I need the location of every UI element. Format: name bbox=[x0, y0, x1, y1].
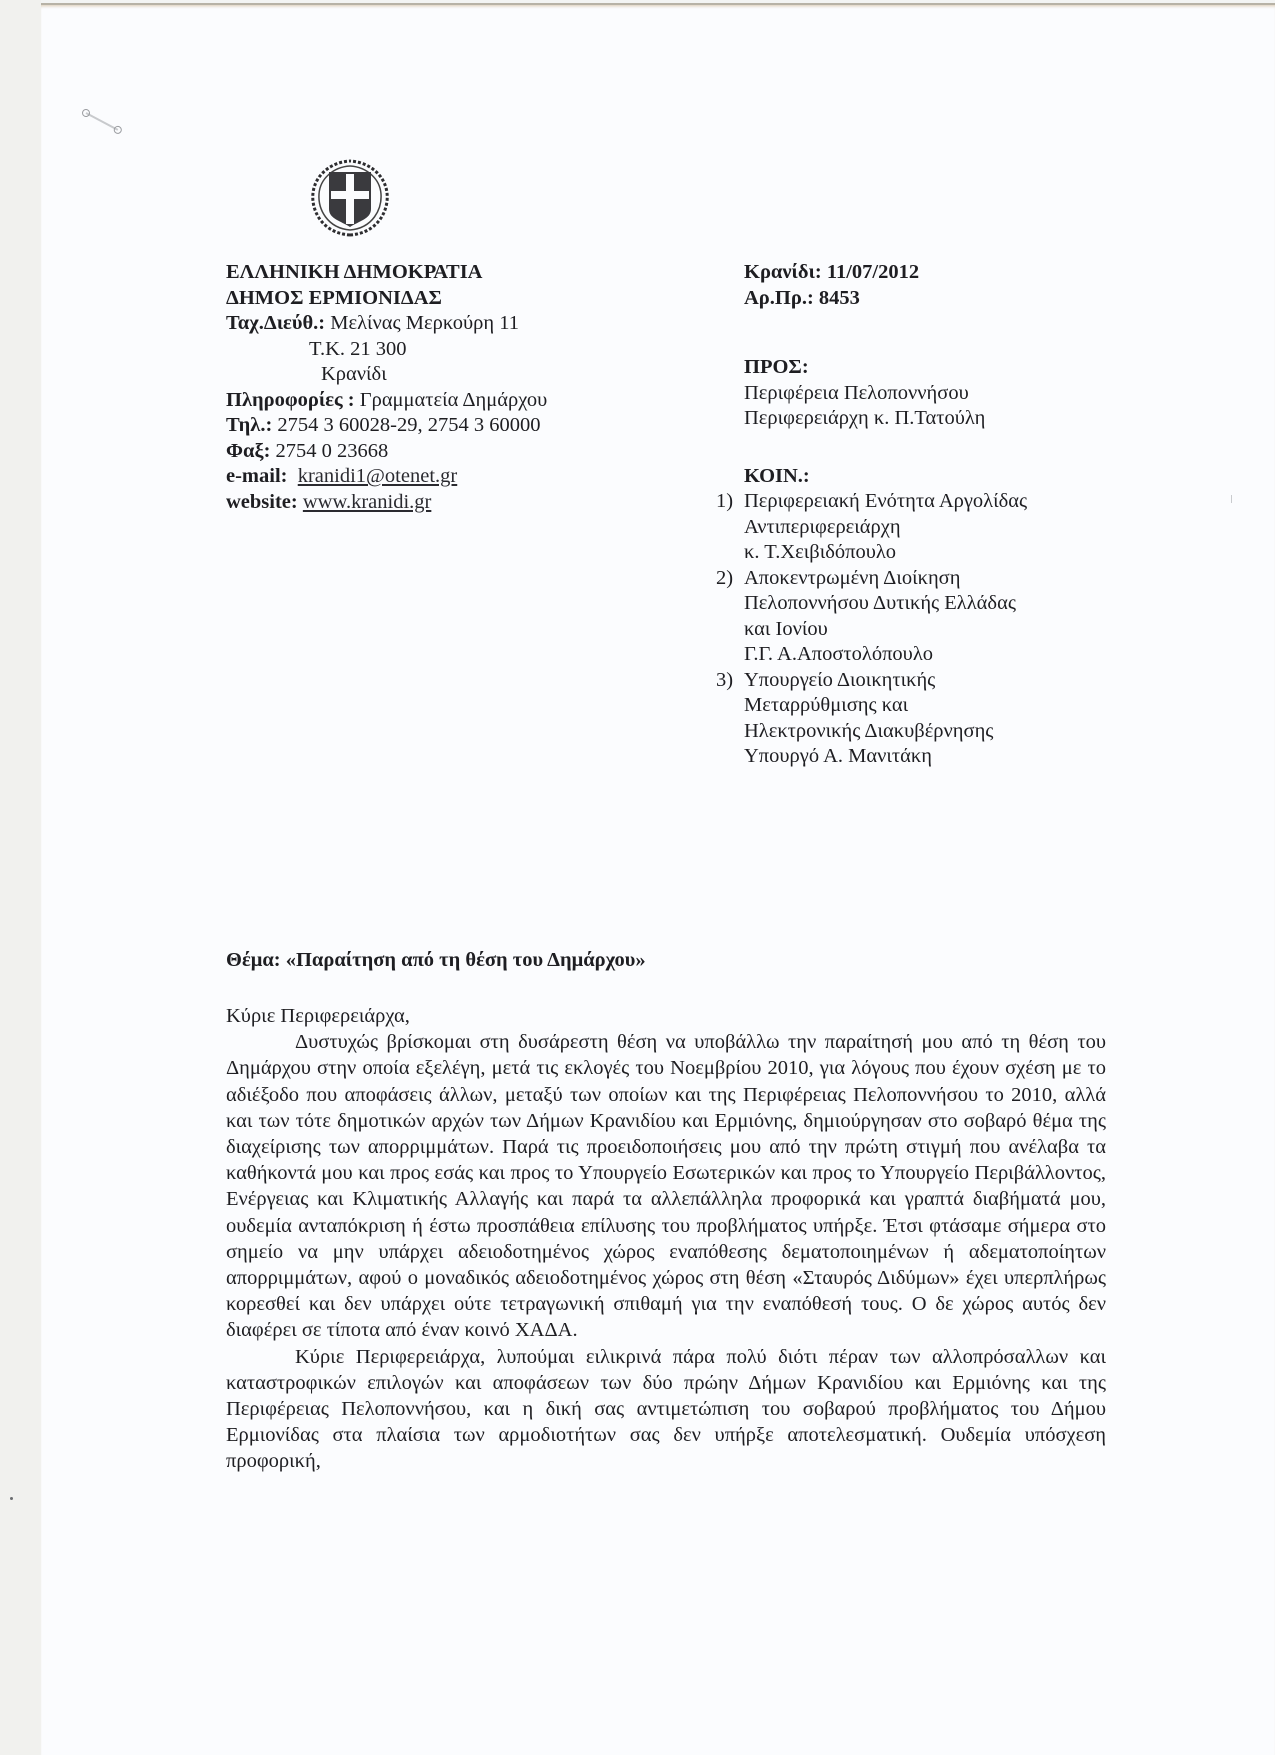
postal-code: Τ.Κ. 21 300 bbox=[226, 337, 646, 363]
fax-line: Φαξ: 2754 0 23668 bbox=[226, 439, 646, 465]
cc-item: 3)Υπουργείο ΔιοικητικήςΜεταρρύθμισης και… bbox=[716, 668, 1164, 770]
place-date: Κρανίδι: 11/07/2012 bbox=[744, 260, 1164, 286]
info-line: Πληροφορίες : Γραμματεία Δημάρχου bbox=[226, 388, 646, 414]
greek-coat-of-arms-icon bbox=[307, 157, 393, 239]
cc-item-number: 1) bbox=[716, 489, 744, 566]
cc-item-line: Περιφερειακή Ενότητα Αργολίδας bbox=[744, 489, 1027, 515]
cc-item-lines: Περιφερειακή Ενότητα ΑργολίδαςΑντιπεριφε… bbox=[744, 489, 1027, 566]
subject-line: Θέμα: «Παραίτηση από τη θέση του Δημάρχο… bbox=[226, 947, 1106, 973]
scan-margin bbox=[0, 0, 41, 1755]
cc-item-line: και Ιονίου bbox=[744, 617, 1016, 643]
recipient-line: Περιφερειάρχη κ. Π.Τατούλη bbox=[744, 406, 1164, 432]
paragraph: Δυστυχώς βρίσκομαι στη δυσάρεστη θέση να… bbox=[226, 1029, 1106, 1343]
country-name: ΕΛΛΗΝΙΚΗ ΔΗΜΟΚΡΑΤΙΑ bbox=[226, 260, 646, 286]
cc-item-line: Υπουργείο Διοικητικής bbox=[744, 668, 993, 694]
cc-item-number: 2) bbox=[716, 566, 744, 668]
protocol-number: Αρ.Πρ.: 8453 bbox=[744, 286, 1164, 312]
cc-item-line: Ηλεκτρονικής Διακυβέρνησης bbox=[744, 719, 993, 745]
website-link[interactable]: www.kranidi.gr bbox=[303, 491, 431, 513]
cc-item-line: Υπουργό Α. Μανιτάκη bbox=[744, 744, 993, 770]
cc-item-line: κ. Τ.Χειβιδόπουλο bbox=[744, 540, 1027, 566]
cc-item: 1)Περιφερειακή Ενότητα ΑργολίδαςΑντιπερι… bbox=[716, 489, 1164, 566]
city: Κρανίδι bbox=[226, 362, 646, 388]
paragraph: Κύριε Περιφερειάρχα, λυπούμαι ειλικρινά … bbox=[226, 1344, 1106, 1475]
email-line: e-mail: kranidi1@otenet.gr bbox=[226, 464, 646, 490]
cc-item-line: Γ.Γ. Α.Αποστολόπουλο bbox=[744, 642, 1016, 668]
recipient-line: Περιφέρεια Πελοποννήσου bbox=[744, 381, 1164, 407]
cc-item-lines: Αποκεντρωμένη ΔιοίκησηΠελοποννήσου Δυτικ… bbox=[744, 566, 1016, 668]
letter-body: Κύριε Περιφερειάρχα, Δυστυχώς βρίσκομαι … bbox=[226, 1003, 1106, 1475]
cc-item-line: Μεταρρύθμισης και bbox=[744, 693, 993, 719]
salutation: Κύριε Περιφερειάρχα, bbox=[226, 1003, 1106, 1029]
cc-item-line: Πελοποννήσου Δυτικής Ελλάδας bbox=[744, 591, 1016, 617]
phone-line: Τηλ.: 2754 3 60028-29, 2754 3 60000 bbox=[226, 413, 646, 439]
cc-item-number: 3) bbox=[716, 668, 744, 770]
cc-list: 1)Περιφερειακή Ενότητα ΑργολίδαςΑντιπερι… bbox=[716, 489, 1164, 770]
meta-block: Κρανίδι: 11/07/2012 Αρ.Πρ.: 8453 ΠΡΟΣ: Π… bbox=[744, 260, 1164, 770]
scan-speck bbox=[1231, 495, 1232, 503]
cc-item: 2)Αποκεντρωμένη ΔιοίκησηΠελοποννήσου Δυτ… bbox=[716, 566, 1164, 668]
staple-mark bbox=[86, 112, 119, 131]
recipient-label: ΠΡΟΣ: bbox=[744, 355, 1164, 381]
municipality-name: ΔΗΜΟΣ ΕΡΜΙΟΝΙΔΑΣ bbox=[226, 286, 646, 312]
email-link[interactable]: kranidi1@otenet.gr bbox=[298, 465, 458, 487]
scan-speck bbox=[10, 1497, 13, 1500]
website-line: website: www.kranidi.gr bbox=[226, 490, 646, 516]
address-line: Ταχ.Διεύθ.: Μελίνας Μερκούρη 11 bbox=[226, 311, 646, 337]
cc-item-line: Αντιπεριφερειάρχη bbox=[744, 515, 1027, 541]
sender-block: ΕΛΛΗΝΙΚΗ ΔΗΜΟΚΡΑΤΙΑ ΔΗΜΟΣ ΕΡΜΙΟΝΙΔΑΣ Ταχ… bbox=[226, 260, 646, 515]
cc-label: ΚΟΙΝ.: bbox=[744, 464, 1164, 490]
cc-item-lines: Υπουργείο ΔιοικητικήςΜεταρρύθμισης καιΗλ… bbox=[744, 668, 993, 770]
letter-page: ΕΛΛΗΝΙΚΗ ΔΗΜΟΚΡΑΤΙΑ ΔΗΜΟΣ ΕΡΜΙΟΝΙΔΑΣ Ταχ… bbox=[41, 3, 1275, 1755]
cc-item-line: Αποκεντρωμένη Διοίκηση bbox=[744, 566, 1016, 592]
